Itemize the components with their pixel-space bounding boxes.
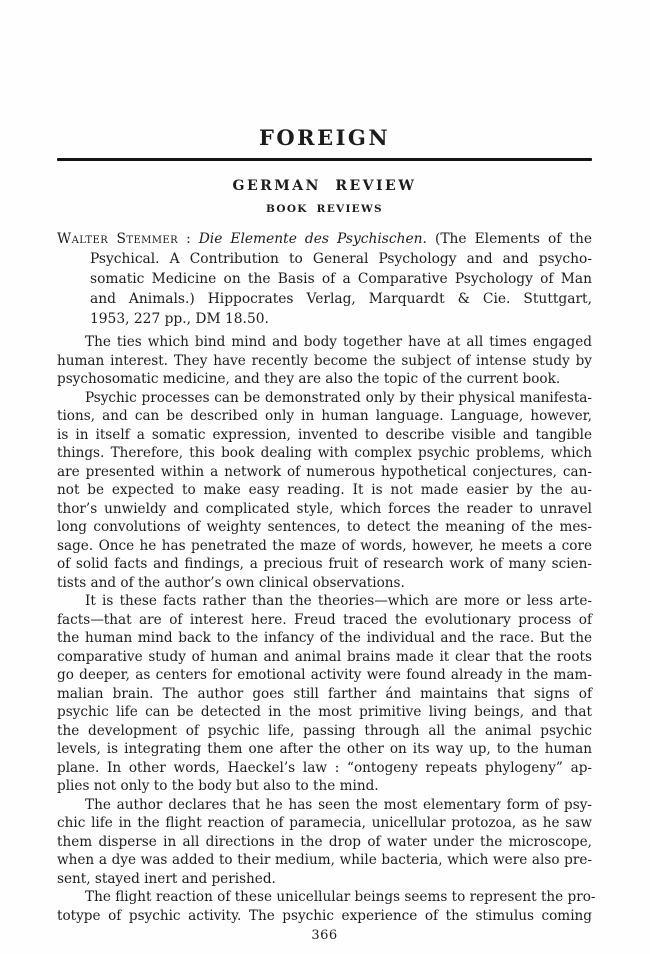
section-divider-rule (57, 158, 592, 161)
book-reviews-heading: BOOK REVIEWS (57, 203, 592, 216)
text-line: plies not only to the body but also to t… (57, 777, 592, 796)
text-line: chic life in the flight reaction of para… (57, 814, 592, 833)
text-line: human interest. They have recently becom… (57, 352, 592, 371)
paragraph: It is these facts rather than the theori… (57, 592, 592, 796)
text-line: totype of psychic activity. The psychic … (57, 907, 592, 926)
text-line: The author declares that he has seen the… (57, 796, 592, 815)
citation-line: Psychical. A Contribution to General Psy… (90, 249, 592, 269)
review-body: The ties which bind mind and body togeth… (57, 333, 592, 925)
text-line: sent, stayed inert and perished. (57, 870, 592, 889)
text-line: levels, is integrating them one after th… (57, 740, 592, 759)
text-line: It is these facts rather than the theori… (57, 592, 592, 611)
text-line: psychic life can be detected in the most… (57, 703, 592, 722)
section-title: FOREIGN (57, 126, 592, 150)
text-line: The ties which bind mind and body togeth… (57, 333, 592, 352)
book-citation: Walter Stemmer : Die Elemente des Psychi… (57, 229, 592, 329)
text-line: when a dye was added to their medium, wh… (57, 851, 592, 870)
citation-separator: : (178, 231, 199, 247)
text-line: tists and of the author’s own clinical o… (57, 574, 592, 593)
text-line: psychosomatic medicine, and they are als… (57, 370, 592, 389)
text-line: are presented within a network of numero… (57, 463, 592, 482)
text-line: of solid facts and findings, a precious … (57, 555, 592, 574)
text-line: sage. Once he has penetrated the maze of… (57, 537, 592, 556)
citation-line: and Animals.) Hippocrates Verlag, Marqua… (90, 289, 592, 309)
text-line: is in itself a somatic expression, inven… (57, 426, 592, 445)
page-number: 366 (57, 928, 592, 943)
paragraph: Psychic processes can be demonstrated on… (57, 389, 592, 593)
text-block: FOREIGN GERMAN REVIEW BOOK REVIEWS Walte… (57, 0, 592, 943)
citation-line: somatic Medicine on the Basis of a Compa… (90, 269, 592, 289)
text-line: comparative study of human and animal br… (57, 648, 592, 667)
citation-book-title: Die Elemente des Psychischen. (199, 231, 427, 247)
text-line: plane. In other words, Haeckel’s law : “… (57, 759, 592, 778)
text-line: go deeper, as centers for emotional acti… (57, 666, 592, 685)
paragraph: The author declares that he has seen the… (57, 796, 592, 889)
paragraph: The ties which bind mind and body togeth… (57, 333, 592, 389)
text-line: them disperse in all directions in the d… (57, 833, 592, 852)
paragraph: The flight reaction of these unicellular… (57, 888, 592, 925)
text-line: tions, and can be described only in huma… (57, 407, 592, 426)
journal-page: FOREIGN GERMAN REVIEW BOOK REVIEWS Walte… (0, 0, 650, 954)
citation-author: Walter Stemmer (57, 231, 178, 247)
text-line: the development of psychic life, passing… (57, 722, 592, 741)
review-heading: GERMAN REVIEW (57, 178, 592, 194)
text-line: long convolutions of weighty sentences, … (57, 518, 592, 537)
text-line: Psychic processes can be demonstrated on… (57, 389, 592, 408)
citation-first-line: Walter Stemmer : Die Elemente des Psychi… (57, 229, 592, 249)
text-line: facts—that are of interest here. Freud t… (57, 611, 592, 630)
text-line: malian brain. The author goes still fart… (57, 685, 592, 704)
text-line: thor’s unwieldy and complicated style, w… (57, 500, 592, 519)
text-line: the human mind back to the infancy of th… (57, 629, 592, 648)
text-line: The flight reaction of these unicellular… (57, 888, 592, 907)
text-line: not be expected to make easy reading. It… (57, 481, 592, 500)
citation-first-line-rest: (The Elements of the (427, 231, 592, 247)
text-line: things. Therefore, this book dealing wit… (57, 444, 592, 463)
citation-line: 1953, 227 pp., DM 18.50. (90, 309, 592, 329)
